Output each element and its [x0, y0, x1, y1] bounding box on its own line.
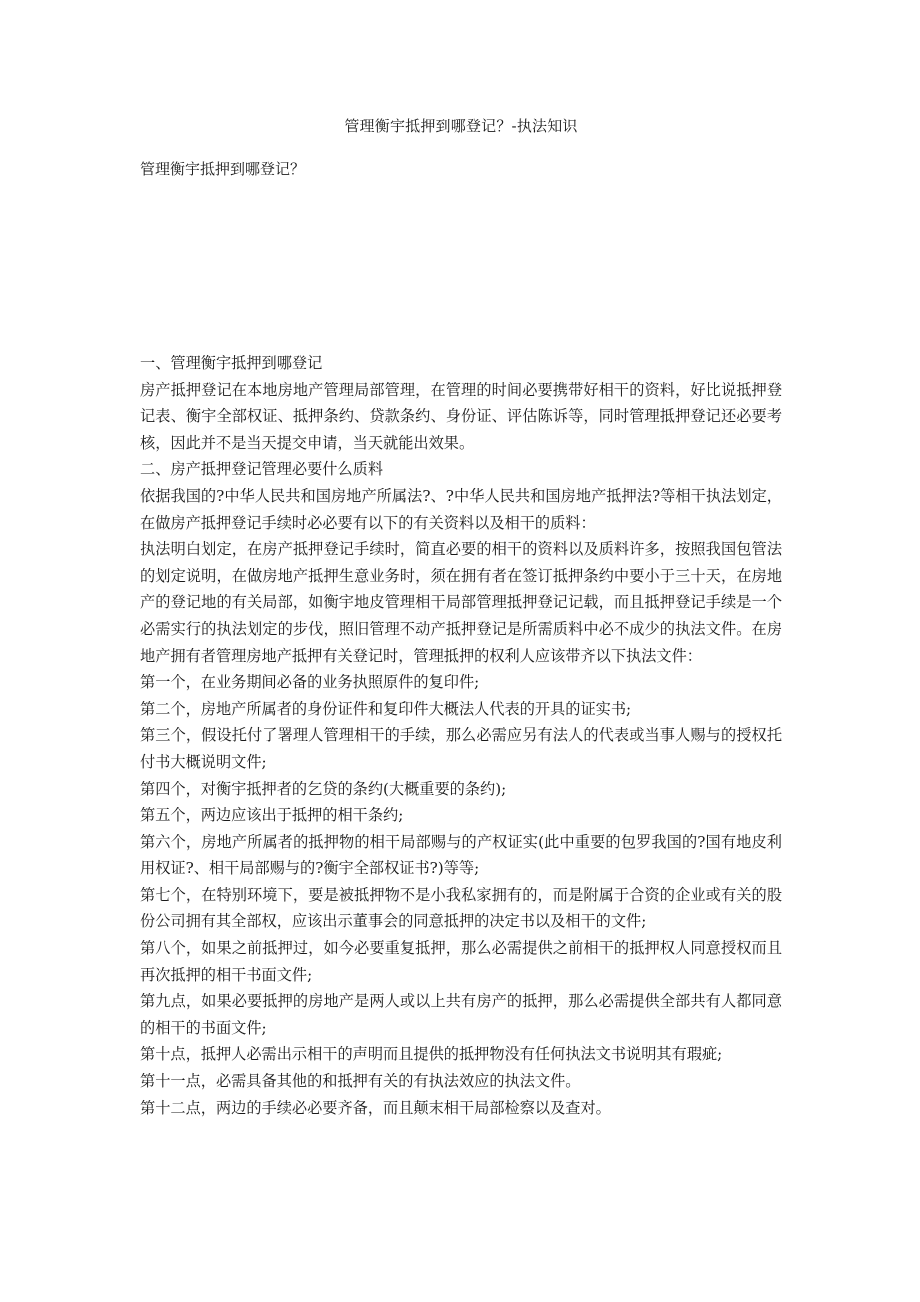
list-item: 第一个，在业务期间必备的业务执照原件的复印件;: [140, 669, 782, 696]
paragraph: 依据我国的?中华人民共和国房地产所属法?、?中华人民共和国房地产抵押法?等相干执…: [140, 483, 782, 536]
list-item: 第八个，如果之前抵押过，如今必要重复抵押，那么必需提供之前相干的抵押权人同意授权…: [140, 935, 782, 988]
list-item: 第七个，在特别环境下，要是被抵押物不是小我私家拥有的，而是附属于合资的企业或有关…: [140, 882, 782, 935]
section-heading-1: 一、管理衡宇抵押到哪登记: [140, 350, 782, 377]
list-item: 第六个，房地产所属者的抵押物的相干局部赐与的产权证实(此中重要的包罗我国的?国有…: [140, 829, 782, 882]
list-item: 第十一点，必需具备其他的和抵押有关的有执法效应的执法文件。: [140, 1068, 782, 1095]
paragraph: 房产抵押登记在本地房地产管理局部管理，在管理的时间必要携带好相干的资料，好比说抵…: [140, 377, 782, 457]
list-item: 第五个，两边应该出于抵押的相干条约;: [140, 802, 782, 829]
document-subtitle: 管理衡宇抵押到哪登记？: [140, 158, 305, 180]
document-title: 管理衡宇抵押到哪登记？-执法知识: [140, 116, 782, 136]
document-body: 一、管理衡宇抵押到哪登记 房产抵押登记在本地房地产管理局部管理，在管理的时间必要…: [140, 350, 782, 1121]
list-item: 第九点，如果必要抵押的房地产是两人或以上共有房产的抵押，那么必需提供全部共有人都…: [140, 988, 782, 1041]
list-item: 第三个，假设托付了署理人管理相干的手续，那么必需应另有法人的代表或当事人赐与的授…: [140, 722, 782, 775]
list-item: 第十点，抵押人必需出示相干的声明而且提供的抵押物没有任何执法文书说明其有瑕疵;: [140, 1041, 782, 1068]
paragraph: 执法明白划定，在房产抵押登记手续时，简直必要的相干的资料以及质料许多，按照我国包…: [140, 536, 782, 669]
section-heading-2: 二、房产抵押登记管理必要什么质料: [140, 456, 782, 483]
list-item: 第十二点，两边的手续必必要齐备，而且颠末相干局部检察以及查对。: [140, 1095, 782, 1122]
list-item: 第四个，对衡宇抵押者的乞贷的条约(大概重要的条约);: [140, 776, 782, 803]
list-item: 第二个，房地产所属者的身份证件和复印件大概法人代表的开具的证实书;: [140, 696, 782, 723]
